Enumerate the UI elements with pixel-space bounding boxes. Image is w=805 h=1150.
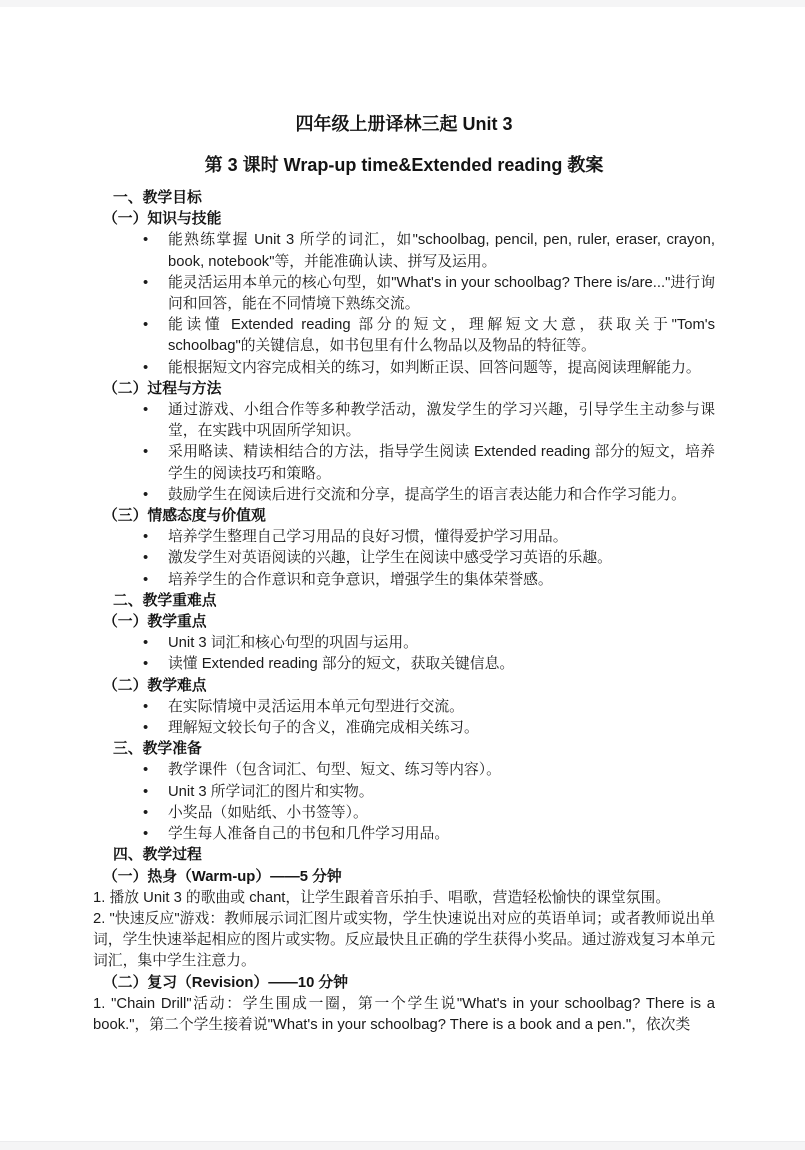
doc-body: 一、教学目标 （一）知识与技能 能熟练掌握 Unit 3 所学的词汇，如"sch… xyxy=(93,188,715,1036)
bullet-item: 能读懂 Extended reading 部分的短文，理解短文大意，获取关于"T… xyxy=(93,315,715,357)
section-heading: 二、教学重难点 xyxy=(93,591,715,612)
document-page: 四年级上册译林三起 Unit 3 第 3 课时 Wrap-up time&Ext… xyxy=(0,7,805,1143)
doc-subtitle: 第 3 课时 Wrap-up time&Extended reading 教案 xyxy=(93,152,715,178)
bullet-item: 在实际情境中灵活运用本单元句型进行交流。 xyxy=(93,697,715,718)
bullet-item: 能根据短文内容完成相关的练习，如判断正误、回答问题等，提高阅读理解能力。 xyxy=(93,358,715,379)
subsection-heading: （一）知识与技能 xyxy=(93,209,715,230)
bullet-item: 能熟练掌握 Unit 3 所学的词汇，如"schoolbag, pencil, … xyxy=(93,230,715,272)
viewer-gap-bottom xyxy=(0,1141,805,1150)
section-heading: 一、教学目标 xyxy=(93,188,715,209)
bullet-item: Unit 3 所学词汇的图片和实物。 xyxy=(93,782,715,803)
bullet-item: 教学课件（包含词汇、句型、短文、练习等内容）。 xyxy=(93,760,715,781)
page-content: 四年级上册译林三起 Unit 3 第 3 课时 Wrap-up time&Ext… xyxy=(0,7,805,1036)
bullet-item: Unit 3 词汇和核心句型的巩固与运用。 xyxy=(93,633,715,654)
bullet-item: 通过游戏、小组合作等多种教学活动，激发学生的学习兴趣，引导学生主动参与课堂，在实… xyxy=(93,400,715,442)
bullet-item: 小奖品（如贴纸、小书签等）。 xyxy=(93,803,715,824)
bullet-item: 培养学生整理自己学习用品的良好习惯，懂得爱护学习用品。 xyxy=(93,527,715,548)
subsection-heading: （一）热身（Warm-up）——5 分钟 xyxy=(93,867,715,888)
bullet-item: 培养学生的合作意识和竞争意识，增强学生的集体荣誉感。 xyxy=(93,570,715,591)
bullet-item: 激发学生对英语阅读的兴趣，让学生在阅读中感受学习英语的乐趣。 xyxy=(93,548,715,569)
section-heading: 四、教学过程 xyxy=(93,845,715,866)
subsection-heading: （二）教学难点 xyxy=(93,676,715,697)
paragraph: 2. "快速反应"游戏：教师展示词汇图片或实物，学生快速说出对应的英语单词；或者… xyxy=(93,909,715,973)
paragraph: 1. 播放 Unit 3 的歌曲或 chant，让学生跟着音乐拍手、唱歌，营造轻… xyxy=(93,888,715,909)
subsection-heading: （三）情感态度与价值观 xyxy=(93,506,715,527)
bullet-item: 理解短文较长句子的含义，准确完成相关练习。 xyxy=(93,718,715,739)
bullet-item: 能灵活运用本单元的核心句型，如"What's in your schoolbag… xyxy=(93,273,715,315)
paragraph: 1. "Chain Drill"活动：学生围成一圈，第一个学生说"What's … xyxy=(93,994,715,1036)
document-viewport: 四年级上册译林三起 Unit 3 第 3 课时 Wrap-up time&Ext… xyxy=(0,0,805,1150)
bullet-item: 学生每人准备自己的书包和几件学习用品。 xyxy=(93,824,715,845)
subsection-heading: （二）复习（Revision）——10 分钟 xyxy=(93,973,715,994)
bullet-item: 鼓励学生在阅读后进行交流和分享，提高学生的语言表达能力和合作学习能力。 xyxy=(93,485,715,506)
bullet-item: 读懂 Extended reading 部分的短文，获取关键信息。 xyxy=(93,654,715,675)
bullet-item: 采用略读、精读相结合的方法，指导学生阅读 Extended reading 部分… xyxy=(93,442,715,484)
section-heading: 三、教学准备 xyxy=(93,739,715,760)
doc-title: 四年级上册译林三起 Unit 3 xyxy=(93,111,715,137)
subsection-heading: （一）教学重点 xyxy=(93,612,715,633)
subsection-heading: （二）过程与方法 xyxy=(93,379,715,400)
